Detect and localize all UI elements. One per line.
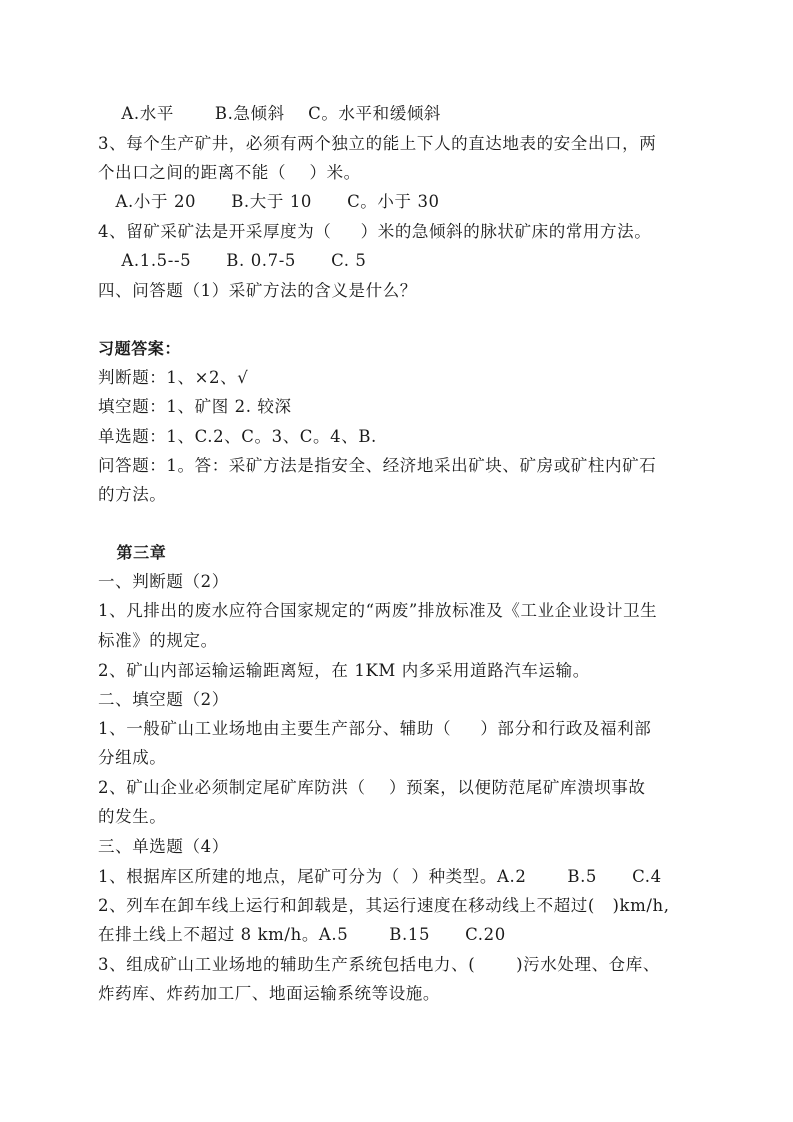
fb-q2-cont: 的发生。 — [98, 807, 166, 827]
q3-text-cont: 个出口之间的距离不能（ ）米。 — [98, 163, 361, 183]
section-fill-blank: 二、填空题（2） — [98, 690, 229, 710]
q4-text: 4、留矿采矿法是开采厚度为（ ）米的急倾斜的脉状矿床的常用方法。 — [98, 222, 651, 242]
q4-options: A.1.5--5 B. 0.7-5 C. 5 — [98, 251, 367, 271]
fb-q1-cont: 分组成。 — [98, 748, 166, 768]
tf-q2: 2、矿山内部运输运输距离短，在 1KM 内多采用道路汽车运输。 — [98, 661, 590, 681]
fb-q2: 2、矿山企业必须制定尾矿库防洪（ ）预案，以便防范尾矿库溃坝事故 — [98, 778, 645, 798]
section-single-choice: 三、单选题（4） — [98, 837, 229, 857]
essay-question: 四、问答题（1）采矿方法的含义是什么？ — [98, 281, 417, 301]
sc-q2-cont: 在排土线上不超过 8 km/h。A.5 B.15 C.20 — [98, 925, 506, 945]
tf-q1-cont: 标准》的规定。 — [98, 631, 218, 651]
chapter-title: 第三章 — [98, 543, 166, 563]
q3-options: A.小于 20 B.大于 10 C。小于 30 — [98, 192, 440, 212]
q3-text: 3、每个生产矿井，必须有两个独立的能上下人的直达地表的安全出口，两 — [98, 134, 656, 154]
answer-essay-cont: 的方法。 — [98, 485, 166, 505]
answer-essay: 问答题：1。答：采矿方法是指安全、经济地采出矿块、矿房或矿柱内矿石 — [98, 456, 656, 476]
section-true-false: 一、判断题（2） — [98, 572, 229, 592]
q2-options: A.水平 B.急倾斜 C。水平和缓倾斜 — [98, 104, 441, 124]
answer-true-false: 判断题：1、×2、√ — [98, 368, 248, 388]
sc-q1: 1、根据库区所建的地点，尾矿可分为（ ）种类型。A.2 B.5 C.4 — [98, 867, 662, 887]
sc-q3: 3、组成矿山工业场地的辅助生产系统包括电力、( )污水处理、仓库、 — [98, 955, 660, 975]
tf-q1: 1、凡排出的废水应符合国家规定的“两废”排放标准及《工业企业设计卫生 — [98, 601, 657, 621]
fb-q1: 1、一般矿山工业场地由主要生产部分、辅助（ ）部分和行政及福利部 — [98, 719, 651, 739]
answer-fill-blank: 填空题：1、矿图 2. 较深 — [98, 397, 292, 417]
sc-q3-cont: 炸药库、炸药加工厂、地面运输系统等设施。 — [98, 984, 440, 1004]
sc-q2: 2、列车在卸车线上运行和卸载是，其运行速度在移动线上不超过( )km/h, — [98, 896, 670, 916]
answer-single-choice: 单选题：1、C.2、C。3、C。4、B. — [98, 427, 377, 447]
answers-heading: 习题答案： — [98, 339, 181, 359]
